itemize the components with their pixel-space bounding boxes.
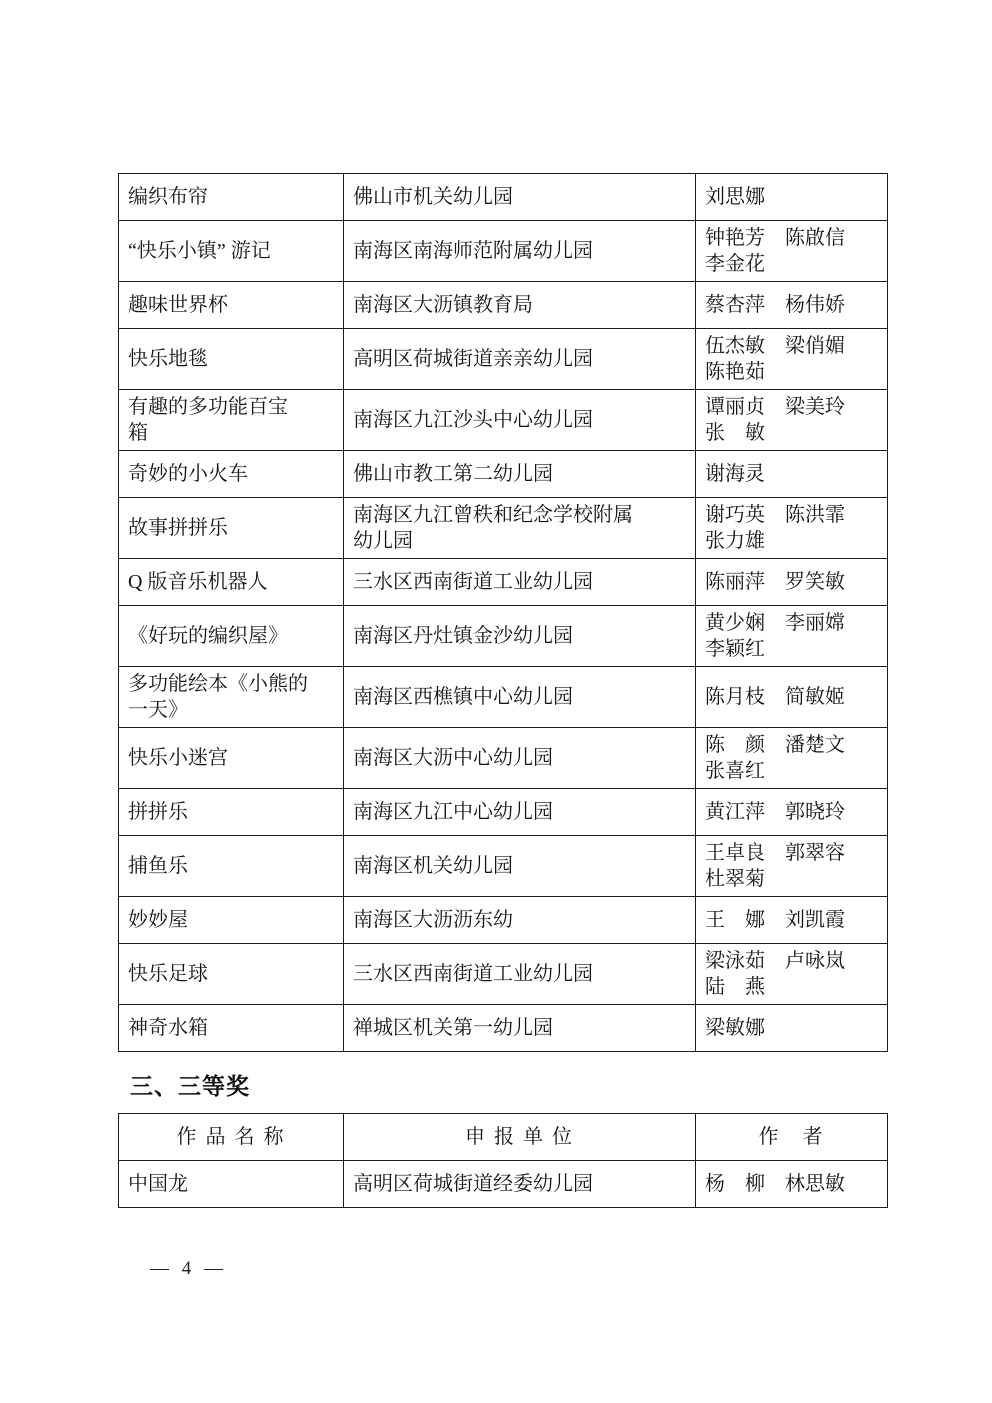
- work-title-cell: 快乐足球: [119, 944, 344, 1005]
- work-title-cell: 奇妙的小火车: [119, 451, 344, 498]
- unit-cell: 南海区大沥镇教育局: [344, 282, 696, 329]
- work-title-cell: 《好玩的编织屋》: [119, 606, 344, 667]
- awards-table-continued: 编织布帘 佛山市机关幼儿园 刘思娜 “快乐小镇” 游记 南海区南海师范附属幼儿园…: [118, 173, 888, 1052]
- unit-cell: 南海区九江中心幼儿园: [344, 789, 696, 836]
- table-row: 神奇水箱 禅城区机关第一幼儿园 梁敏娜: [119, 1005, 888, 1052]
- authors-cell: 王 娜 刘凯霞: [696, 897, 888, 944]
- work-title-cell: Q 版音乐机器人: [119, 559, 344, 606]
- work-title-cell: 快乐地毯: [119, 329, 344, 390]
- table-row: “快乐小镇” 游记 南海区南海师范附属幼儿园 钟艳芳 陈啟信 李金花: [119, 221, 888, 282]
- work-title-cell: 趣味世界杯: [119, 282, 344, 329]
- authors-cell: 刘思娜: [696, 174, 888, 221]
- unit-cell: 南海区机关幼儿园: [344, 836, 696, 897]
- work-title-cell: 有趣的多功能百宝 箱: [119, 390, 344, 451]
- unit-cell: 南海区西樵镇中心幼儿园: [344, 667, 696, 728]
- work-title-cell: 神奇水箱: [119, 1005, 344, 1052]
- table-header-row: 作 品 名 称 申 报 单 位 作 者: [119, 1114, 888, 1161]
- authors-cell: 陈月枝 简敏姬: [696, 667, 888, 728]
- authors-cell: 谢巧英 陈洪霏 张力雄: [696, 498, 888, 559]
- table-row: 故事拼拼乐 南海区九江曾秩和纪念学校附属 幼儿园 谢巧英 陈洪霏 张力雄: [119, 498, 888, 559]
- header-unit: 申 报 单 位: [344, 1114, 696, 1161]
- authors-cell: 杨 柳 林思敏: [696, 1161, 888, 1208]
- work-title-cell: 故事拼拼乐: [119, 498, 344, 559]
- header-authors: 作 者: [696, 1114, 888, 1161]
- authors-cell: 谭丽贞 梁美玲 张 敏: [696, 390, 888, 451]
- table-row: 中国龙 高明区荷城街道经委幼儿园 杨 柳 林思敏: [119, 1161, 888, 1208]
- table-row: 快乐足球 三水区西南街道工业幼儿园 梁泳茹 卢咏岚 陆 燕: [119, 944, 888, 1005]
- document-page: 编织布帘 佛山市机关幼儿园 刘思娜 “快乐小镇” 游记 南海区南海师范附属幼儿园…: [0, 0, 992, 1403]
- section-heading-third-prize: 三、三等奖: [130, 1068, 250, 1101]
- unit-cell: 南海区九江沙头中心幼儿园: [344, 390, 696, 451]
- work-title-cell: 快乐小迷宫: [119, 728, 344, 789]
- table-row: 有趣的多功能百宝 箱 南海区九江沙头中心幼儿园 谭丽贞 梁美玲 张 敏: [119, 390, 888, 451]
- work-title-cell: “快乐小镇” 游记: [119, 221, 344, 282]
- unit-cell: 南海区南海师范附属幼儿园: [344, 221, 696, 282]
- table-row: 快乐地毯 高明区荷城街道亲亲幼儿园 伍杰敏 梁俏媚 陈艳茹: [119, 329, 888, 390]
- table-row: 奇妙的小火车 佛山市教工第二幼儿园 谢海灵: [119, 451, 888, 498]
- unit-cell: 高明区荷城街道经委幼儿园: [344, 1161, 696, 1208]
- page-number: — 4 —: [150, 1258, 227, 1280]
- work-title-cell: 妙妙屋: [119, 897, 344, 944]
- authors-cell: 梁敏娜: [696, 1005, 888, 1052]
- work-title-cell: 编织布帘: [119, 174, 344, 221]
- table-row: 拼拼乐 南海区九江中心幼儿园 黄江萍 郭晓玲: [119, 789, 888, 836]
- table-row: 多功能绘本《小熊的 一天》 南海区西樵镇中心幼儿园 陈月枝 简敏姬: [119, 667, 888, 728]
- table-row: 《好玩的编织屋》 南海区丹灶镇金沙幼儿园 黄少娴 李丽嫦 李颖红: [119, 606, 888, 667]
- table-row: 快乐小迷宫 南海区大沥中心幼儿园 陈 颜 潘楚文 张喜红: [119, 728, 888, 789]
- authors-cell: 陈丽萍 罗笑敏: [696, 559, 888, 606]
- table-row: 编织布帘 佛山市机关幼儿园 刘思娜: [119, 174, 888, 221]
- work-title-cell: 捕鱼乐: [119, 836, 344, 897]
- table-row: 捕鱼乐 南海区机关幼儿园 王卓良 郭翠容 杜翠菊: [119, 836, 888, 897]
- work-title-cell: 中国龙: [119, 1161, 344, 1208]
- authors-cell: 黄少娴 李丽嫦 李颖红: [696, 606, 888, 667]
- work-title-cell: 拼拼乐: [119, 789, 344, 836]
- unit-cell: 南海区九江曾秩和纪念学校附属 幼儿园: [344, 498, 696, 559]
- authors-cell: 陈 颜 潘楚文 张喜红: [696, 728, 888, 789]
- authors-cell: 蔡杏萍 杨伟娇: [696, 282, 888, 329]
- authors-cell: 王卓良 郭翠容 杜翠菊: [696, 836, 888, 897]
- unit-cell: 三水区西南街道工业幼儿园: [344, 559, 696, 606]
- authors-cell: 钟艳芳 陈啟信 李金花: [696, 221, 888, 282]
- authors-cell: 梁泳茹 卢咏岚 陆 燕: [696, 944, 888, 1005]
- authors-cell: 黄江萍 郭晓玲: [696, 789, 888, 836]
- header-work-title: 作 品 名 称: [119, 1114, 344, 1161]
- work-title-cell: 多功能绘本《小熊的 一天》: [119, 667, 344, 728]
- unit-cell: 佛山市机关幼儿园: [344, 174, 696, 221]
- table-row: Q 版音乐机器人 三水区西南街道工业幼儿园 陈丽萍 罗笑敏: [119, 559, 888, 606]
- unit-cell: 禅城区机关第一幼儿园: [344, 1005, 696, 1052]
- unit-cell: 南海区大沥沥东幼: [344, 897, 696, 944]
- unit-cell: 南海区大沥中心幼儿园: [344, 728, 696, 789]
- unit-cell: 三水区西南街道工业幼儿园: [344, 944, 696, 1005]
- table-row: 妙妙屋 南海区大沥沥东幼 王 娜 刘凯霞: [119, 897, 888, 944]
- authors-cell: 谢海灵: [696, 451, 888, 498]
- unit-cell: 南海区丹灶镇金沙幼儿园: [344, 606, 696, 667]
- unit-cell: 高明区荷城街道亲亲幼儿园: [344, 329, 696, 390]
- unit-cell: 佛山市教工第二幼儿园: [344, 451, 696, 498]
- table-row: 趣味世界杯 南海区大沥镇教育局 蔡杏萍 杨伟娇: [119, 282, 888, 329]
- authors-cell: 伍杰敏 梁俏媚 陈艳茹: [696, 329, 888, 390]
- third-prize-table: 作 品 名 称 申 报 单 位 作 者 中国龙 高明区荷城街道经委幼儿园 杨 柳…: [118, 1113, 888, 1208]
